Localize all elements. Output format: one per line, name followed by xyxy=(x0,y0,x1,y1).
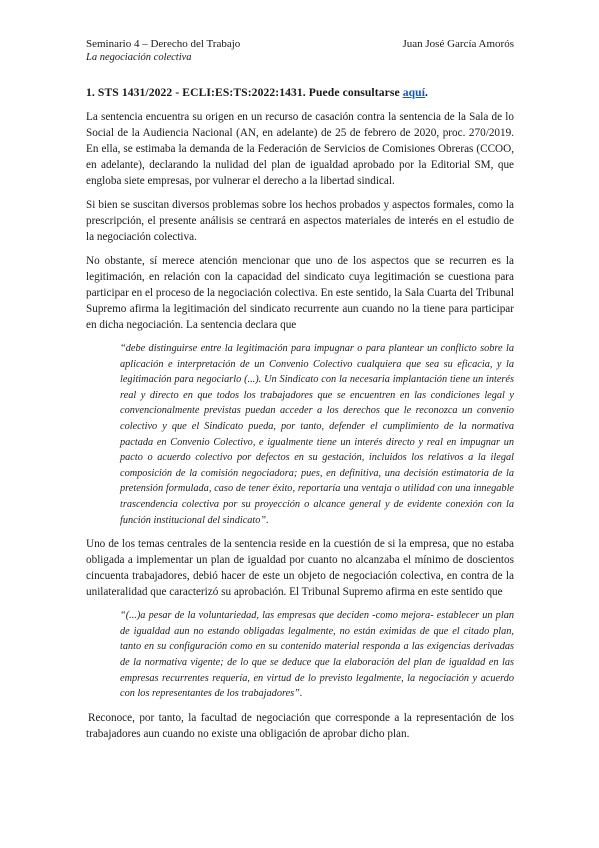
header-subtitle: La negociación colectiva xyxy=(86,51,514,65)
paragraph-scope: Si bien se suscitan diversos problemas s… xyxy=(86,197,514,245)
consult-link[interactable]: aquí xyxy=(403,86,425,99)
section-heading-end: . xyxy=(425,86,428,99)
page-header: Seminario 4 – Derecho del Trabajo Juan J… xyxy=(86,37,514,51)
paragraph-origin: La sentencia encuentra su origen en un r… xyxy=(86,109,514,189)
paragraph-conclusion: Reconoce, por tanto, la facultad de nego… xyxy=(86,710,514,742)
document-page: Seminario 4 – Derecho del Trabajo Juan J… xyxy=(86,37,514,750)
header-author: Juan José García Amorós xyxy=(402,37,514,51)
section-heading: 1. STS 1431/2022 - ECLI:ES:TS:2022:1431.… xyxy=(86,85,514,101)
paragraph-equality-plan: Uno de los temas centrales de la sentenc… xyxy=(86,536,514,600)
header-course-title: Seminario 4 – Derecho del Trabajo xyxy=(86,37,240,51)
section-heading-text: 1. STS 1431/2022 - ECLI:ES:TS:2022:1431.… xyxy=(86,86,403,99)
quote-legitimation: “debe distinguirse entre la legitimación… xyxy=(120,341,514,528)
paragraph-legitimation: No obstante, sí merece atención menciona… xyxy=(86,253,514,333)
quote-equality-plan: “(...)a pesar de la voluntariedad, las e… xyxy=(120,608,514,702)
